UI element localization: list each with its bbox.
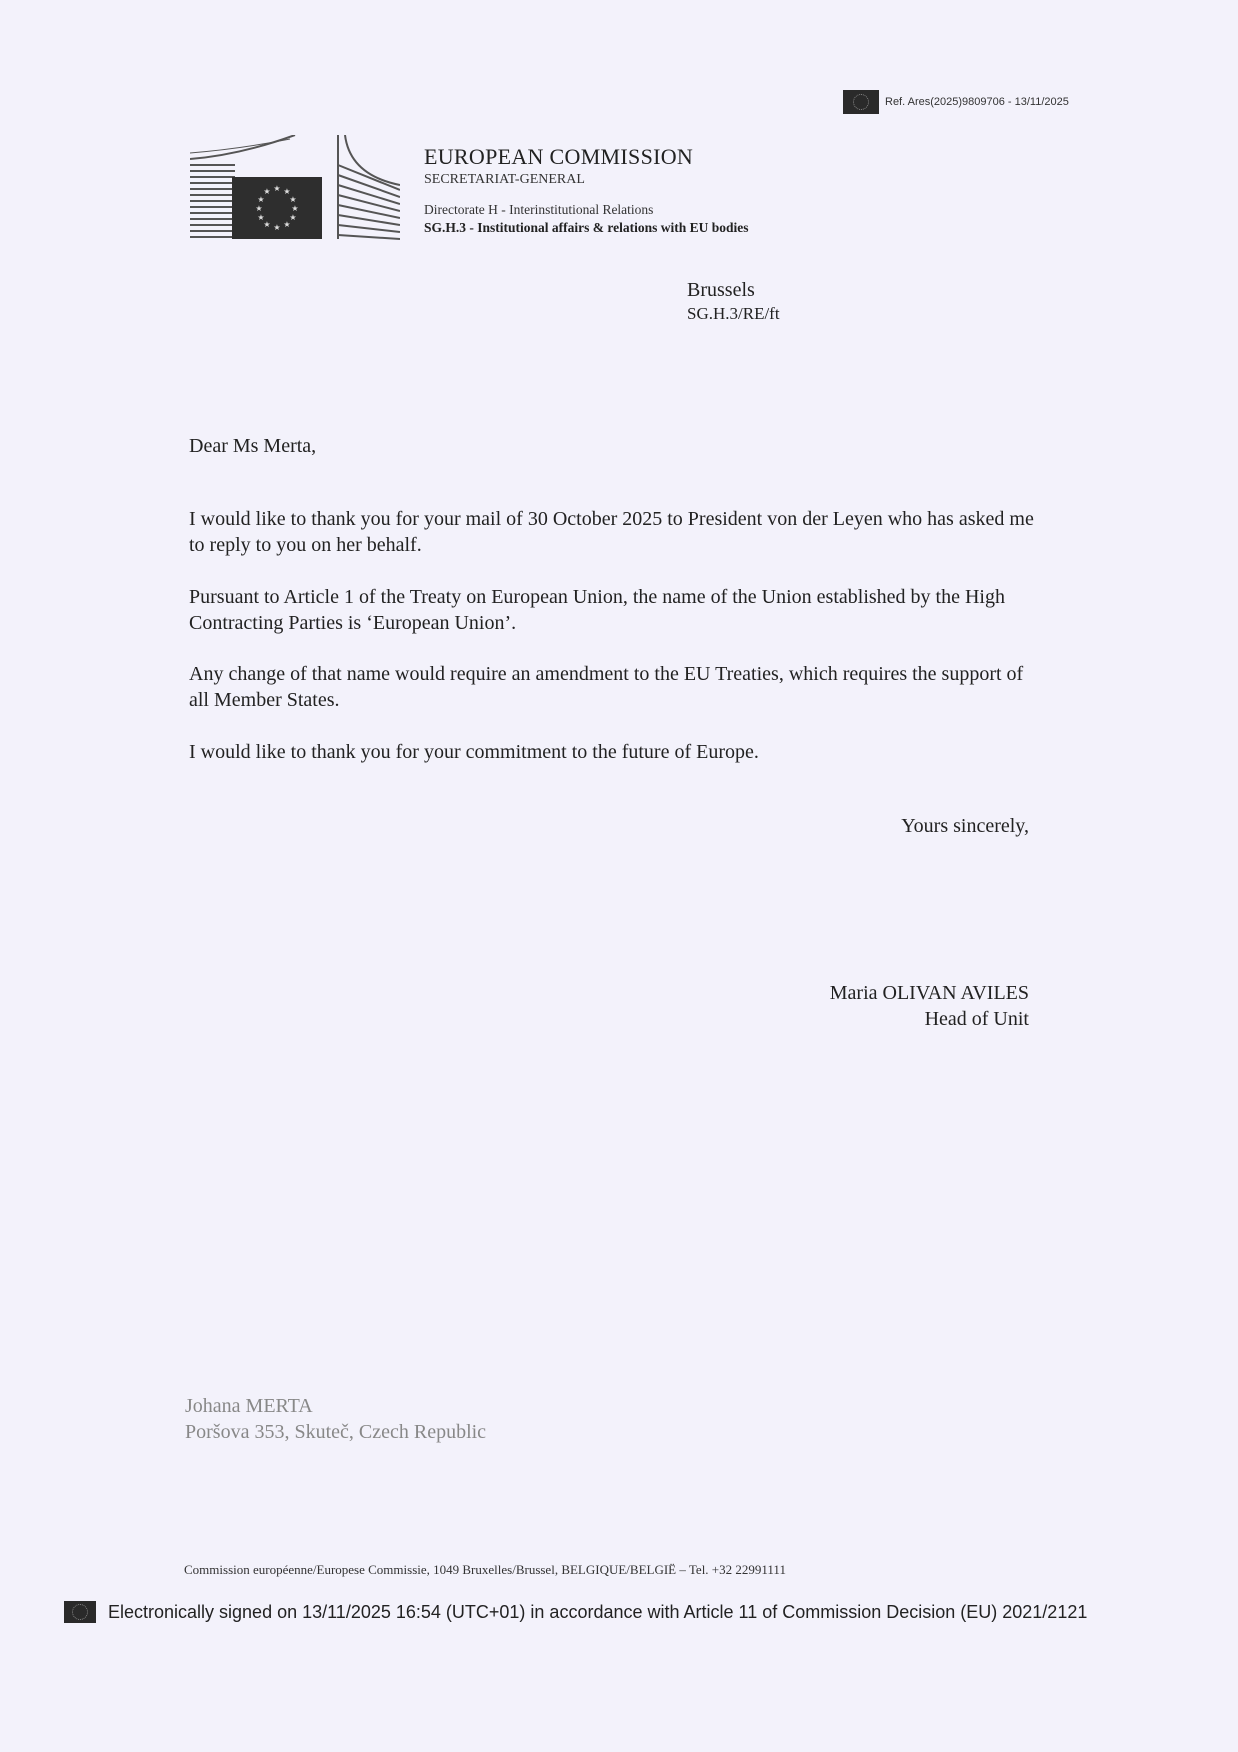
department-name: SECRETARIAT-GENERAL xyxy=(424,172,749,188)
esignature-text: Electronically signed on 13/11/2025 16:5… xyxy=(108,1602,1087,1623)
svg-text:★: ★ xyxy=(273,184,280,193)
unit-name: SG.H.3 - Institutional affairs & relatio… xyxy=(424,220,749,236)
signatory-name: Maria OLIVAN AVILES xyxy=(189,980,1029,1006)
recipient-block: Johana MERTA Poršova 353, Skuteč, Czech … xyxy=(185,1393,486,1445)
svg-text:★: ★ xyxy=(273,223,280,232)
recipient-address: Poršova 353, Skuteč, Czech Republic xyxy=(185,1419,486,1445)
organisation-name: EUROPEAN COMMISSION xyxy=(424,144,749,170)
recipient-name: Johana MERTA xyxy=(185,1393,486,1419)
file-reference: SG.H.3/RE/ft xyxy=(687,302,780,326)
svg-text:★: ★ xyxy=(263,187,270,196)
paragraph-3: Any change of that name would require an… xyxy=(189,661,1039,713)
closing: Yours sincerely, xyxy=(189,813,1029,839)
svg-text:★: ★ xyxy=(289,195,296,204)
reference-stamp: Ref. Ares(2025)9809706 - 13/11/2025 xyxy=(843,90,1069,114)
eu-flag-icon xyxy=(843,90,879,114)
svg-text:★: ★ xyxy=(255,204,262,213)
footer-address: Commission européenne/Europese Commissie… xyxy=(184,1562,786,1578)
svg-text:★: ★ xyxy=(257,213,264,222)
salutation: Dear Ms Merta, xyxy=(189,433,1029,459)
paragraph-2: Pursuant to Article 1 of the Treaty on E… xyxy=(189,584,1039,636)
svg-text:★: ★ xyxy=(283,220,290,229)
place-block: Brussels SG.H.3/RE/ft xyxy=(687,278,780,326)
esignature-line: Electronically signed on 13/11/2025 16:5… xyxy=(64,1601,1087,1623)
eu-flag-icon xyxy=(64,1601,96,1623)
city: Brussels xyxy=(687,278,780,302)
svg-text:★: ★ xyxy=(257,195,264,204)
paragraph-1: I would like to thank you for your mail … xyxy=(189,506,1039,558)
signatory-title: Head of Unit xyxy=(189,1006,1029,1032)
directorate-name: Directorate H - Interinstitutional Relat… xyxy=(424,202,749,218)
european-commission-logo-icon: ★★★★ ★★★★ ★★★★ xyxy=(190,135,400,243)
reference-number: Ref. Ares(2025)9809706 - 13/11/2025 xyxy=(885,96,1069,108)
letterhead: EUROPEAN COMMISSION SECRETARIAT-GENERAL … xyxy=(424,144,749,236)
svg-text:★: ★ xyxy=(291,204,298,213)
paragraph-4: I would like to thank you for your commi… xyxy=(189,739,1029,765)
